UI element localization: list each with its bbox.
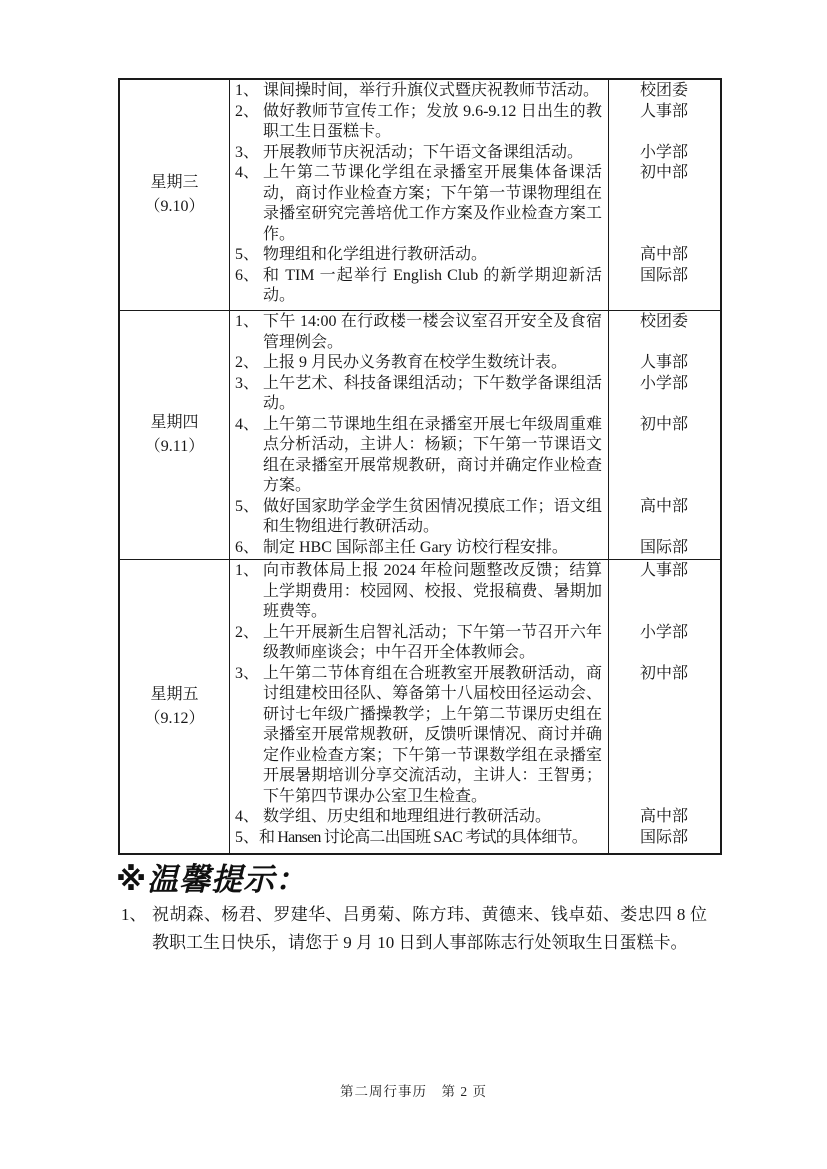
item-department: 高中部: [608, 807, 720, 828]
schedule-item: 1、 下午 14:00 在行政楼一楼会议室召开安全及食宿管理例会。 校团委: [230, 312, 720, 353]
schedule-item: 1、 向市教体局上报 2024 年检问题整改反馈；结算上学期费用：校园网、校报、…: [230, 561, 720, 623]
item-number: 2、: [230, 623, 263, 664]
item-department: 国际部: [608, 538, 720, 559]
item-department: 人事部: [608, 353, 720, 374]
day-cell: 星期五 （9.12）: [120, 560, 230, 853]
schedule-row-wednesday: 星期三 （9.10） 1、 课间操时间，举行升旗仪式暨庆祝教师节活动。 校团委 …: [120, 80, 720, 310]
item-text: 课间操时间，举行升旗仪式暨庆祝教师节活动。: [263, 81, 608, 102]
activities-column: 1、 下午 14:00 在行政楼一楼会议室召开安全及食宿管理例会。 校团委 2、…: [230, 311, 720, 559]
item-department: 校团委: [608, 81, 720, 102]
item-text: 上午艺术、科技备课组活动；下午数学备课组活动。: [263, 374, 608, 415]
item-number: 6、: [230, 538, 263, 559]
item-department: 小学部: [608, 374, 720, 415]
day-label: 星期四: [150, 412, 198, 434]
item-text: 物理组和化学组进行教研活动。: [263, 245, 608, 266]
schedule-item: 2、 上午开展新生启智礼活动；下午第一节召开六年级教师座谈会；中午召开全体教师会…: [230, 623, 720, 664]
tips-item-text: 祝胡森、杨君、罗建华、吕勇菊、陈方玮、黄德来、钱卓茹、娄忠四 8 位教职工生日快…: [152, 901, 707, 957]
item-department: 小学部: [608, 143, 720, 164]
item-number: 4、: [230, 807, 263, 828]
item-number: 4、: [230, 163, 263, 245]
item-text: 和 Hansen 讨论高二出国班 SAC 考试的具体细节。: [259, 828, 608, 849]
item-number: 3、: [230, 374, 263, 415]
day-date: （9.12）: [144, 708, 204, 730]
day-cell: 星期四 （9.11）: [120, 311, 230, 559]
item-number: 5、: [230, 828, 259, 849]
item-number: 6、: [230, 266, 263, 307]
tips-item-number: 1、: [121, 901, 152, 957]
schedule-row-friday: 星期五 （9.12） 1、 向市教体局上报 2024 年检问题整改反馈；结算上学…: [120, 559, 720, 853]
schedule-item: 4、 上午第二节课地生组在录播室开展七年级周重难点分析活动，主讲人：杨颖；下午第…: [230, 415, 720, 497]
item-department: 初中部: [608, 163, 720, 245]
day-label: 星期五: [150, 684, 198, 706]
item-department: 校团委: [608, 312, 720, 353]
item-number: 3、: [230, 664, 263, 808]
schedule-item: 5、 物理组和化学组进行教研活动。 高中部: [230, 245, 720, 266]
page-footer: 第二周行事历 第 2 页: [0, 1080, 827, 1100]
item-department: 小学部: [608, 623, 720, 664]
item-text: 上午第二节体育组在合班教室开展教研活动，商讨组建校田径队、筹备第十八届校田径运动…: [263, 664, 608, 808]
item-number: 2、: [230, 102, 263, 143]
schedule-item: 5、 和 Hansen 讨论高二出国班 SAC 考试的具体细节。 国际部: [230, 828, 720, 849]
activities-column: 1、 向市教体局上报 2024 年检问题整改反馈；结算上学期费用：校园网、校报、…: [230, 560, 720, 853]
item-department: 国际部: [608, 266, 720, 307]
schedule-item: 1、 课间操时间，举行升旗仪式暨庆祝教师节活动。 校团委: [230, 81, 720, 102]
schedule-row-thursday: 星期四 （9.11） 1、 下午 14:00 在行政楼一楼会议室召开安全及食宿管…: [120, 310, 720, 559]
item-department: 人事部: [608, 102, 720, 143]
item-text: 做好教师节宣传工作；发放 9.6-9.12 日出生的教职工生日蛋糕卡。: [263, 102, 608, 143]
item-number: 1、: [230, 81, 263, 102]
item-text: 向市教体局上报 2024 年检问题整改反馈；结算上学期费用：校园网、校报、党报稿…: [263, 561, 608, 623]
document-page: 星期三 （9.10） 1、 课间操时间，举行升旗仪式暨庆祝教师节活动。 校团委 …: [0, 0, 827, 1169]
tips-heading: ※温馨提示：: [116, 854, 307, 899]
item-text: 开展教师节庆祝活动；下午语文备课组活动。: [263, 143, 608, 164]
schedule-item: 6、 和 TIM 一起举行 English Club 的新学期迎新活动。 国际部: [230, 266, 720, 307]
schedule-item: 4、 上午第二节课化学组在录播室开展集体备课活动，商讨作业检查方案；下午第一节课…: [230, 163, 720, 245]
item-text: 下午 14:00 在行政楼一楼会议室召开安全及食宿管理例会。: [263, 312, 608, 353]
tips-item: 1、 祝胡森、杨君、罗建华、吕勇菊、陈方玮、黄德来、钱卓茹、娄忠四 8 位教职工…: [121, 901, 707, 957]
schedule-item: 2、 上报 9 月民办义务教育在校学生数统计表。 人事部: [230, 353, 720, 374]
item-number: 1、: [230, 561, 263, 623]
item-text: 数学组、历史组和地理组进行教研活动。: [263, 807, 608, 828]
item-number: 4、: [230, 415, 263, 497]
weekly-schedule-table: 星期三 （9.10） 1、 课间操时间，举行升旗仪式暨庆祝教师节活动。 校团委 …: [118, 78, 722, 855]
item-department: 高中部: [608, 497, 720, 538]
item-text: 上午第二节课化学组在录播室开展集体备课活动，商讨作业检查方案；下午第一节课物理组…: [263, 163, 608, 245]
schedule-item: 3、 上午艺术、科技备课组活动；下午数学备课组活动。 小学部: [230, 374, 720, 415]
schedule-item: 5、 做好国家助学金学生贫困情况摸底工作；语文组和生物组进行教研活动。 高中部: [230, 497, 720, 538]
activities-column: 1、 课间操时间，举行升旗仪式暨庆祝教师节活动。 校团委 2、 做好教师节宣传工…: [230, 80, 720, 310]
day-cell: 星期三 （9.10）: [120, 80, 230, 310]
item-department: 高中部: [608, 245, 720, 266]
item-number: 5、: [230, 497, 263, 538]
item-text: 上午第二节课地生组在录播室开展七年级周重难点分析活动，主讲人：杨颖；下午第一节课…: [263, 415, 608, 497]
item-text: 和 TIM 一起举行 English Club 的新学期迎新活动。: [263, 266, 608, 307]
item-text: 做好国家助学金学生贫困情况摸底工作；语文组和生物组进行教研活动。: [263, 497, 608, 538]
item-number: 1、: [230, 312, 263, 353]
item-department: 人事部: [608, 561, 720, 623]
item-department: 初中部: [608, 415, 720, 497]
day-label: 星期三: [150, 172, 198, 194]
item-number: 3、: [230, 143, 263, 164]
item-department: 初中部: [608, 664, 720, 808]
schedule-item: 3、 上午第二节体育组在合班教室开展教研活动，商讨组建校田径队、筹备第十八届校田…: [230, 664, 720, 808]
day-date: （9.10）: [144, 196, 204, 218]
item-number: 2、: [230, 353, 263, 374]
schedule-item: 2、 做好教师节宣传工作；发放 9.6-9.12 日出生的教职工生日蛋糕卡。 人…: [230, 102, 720, 143]
item-text: 上午开展新生启智礼活动；下午第一节召开六年级教师座谈会；中午召开全体教师会。: [263, 623, 608, 664]
item-text: 上报 9 月民办义务教育在校学生数统计表。: [263, 353, 608, 374]
day-date: （9.11）: [145, 436, 204, 458]
schedule-item: 3、 开展教师节庆祝活动；下午语文备课组活动。 小学部: [230, 143, 720, 164]
schedule-item: 4、 数学组、历史组和地理组进行教研活动。 高中部: [230, 807, 720, 828]
item-text: 制定 HBC 国际部主任 Gary 访校行程安排。: [263, 538, 608, 559]
item-department: 国际部: [608, 828, 720, 849]
item-number: 5、: [230, 245, 263, 266]
schedule-item: 6、 制定 HBC 国际部主任 Gary 访校行程安排。 国际部: [230, 538, 720, 559]
